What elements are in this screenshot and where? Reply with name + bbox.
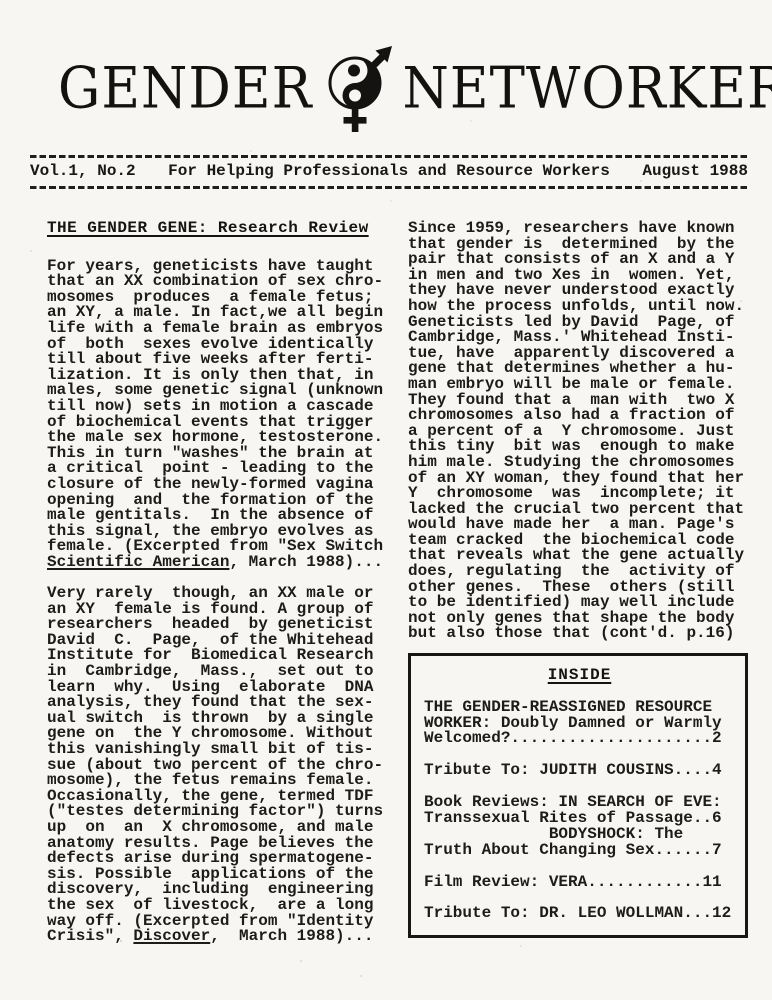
left-column: THE GENDER GENE: Research Review For yea… bbox=[47, 221, 393, 945]
article-body-right: Since 1959, researchers have known that … bbox=[408, 221, 754, 642]
issue-date: August 1988 bbox=[642, 162, 748, 180]
masthead-title-left: GENDER bbox=[58, 59, 313, 116]
inside-box: INSIDE THE GENDER-REASSIGNED RESOURCE WO… bbox=[408, 653, 748, 938]
issue-bar: Vol.1, No.2 For Helping Professionals an… bbox=[30, 162, 748, 180]
newsletter-page: GENDER NETWORKER Vol.1, No.2 For Helping… bbox=[0, 0, 772, 1000]
masthead-title-right: NETWORKER bbox=[403, 59, 772, 116]
volume-number: Vol.1, No.2 bbox=[30, 162, 136, 180]
inside-box-contents: THE GENDER-REASSIGNED RESOURCE WORKER: D… bbox=[424, 700, 735, 923]
right-column: Since 1959, researchers have known that … bbox=[408, 221, 754, 938]
dashed-rule-top bbox=[30, 155, 748, 158]
issue-tagline: For Helping Professionals and Resource W… bbox=[168, 162, 610, 180]
combined-gender-symbol-icon bbox=[319, 33, 397, 140]
masthead: GENDER NETWORKER bbox=[58, 38, 720, 138]
article-body-left: For years, geneticists have taught that … bbox=[47, 259, 393, 945]
scan-noise bbox=[0, 0, 2, 2]
article-heading: THE GENDER GENE: Research Review bbox=[47, 221, 393, 237]
dashed-rule-bottom bbox=[30, 186, 748, 189]
inside-box-title: INSIDE bbox=[424, 668, 735, 684]
